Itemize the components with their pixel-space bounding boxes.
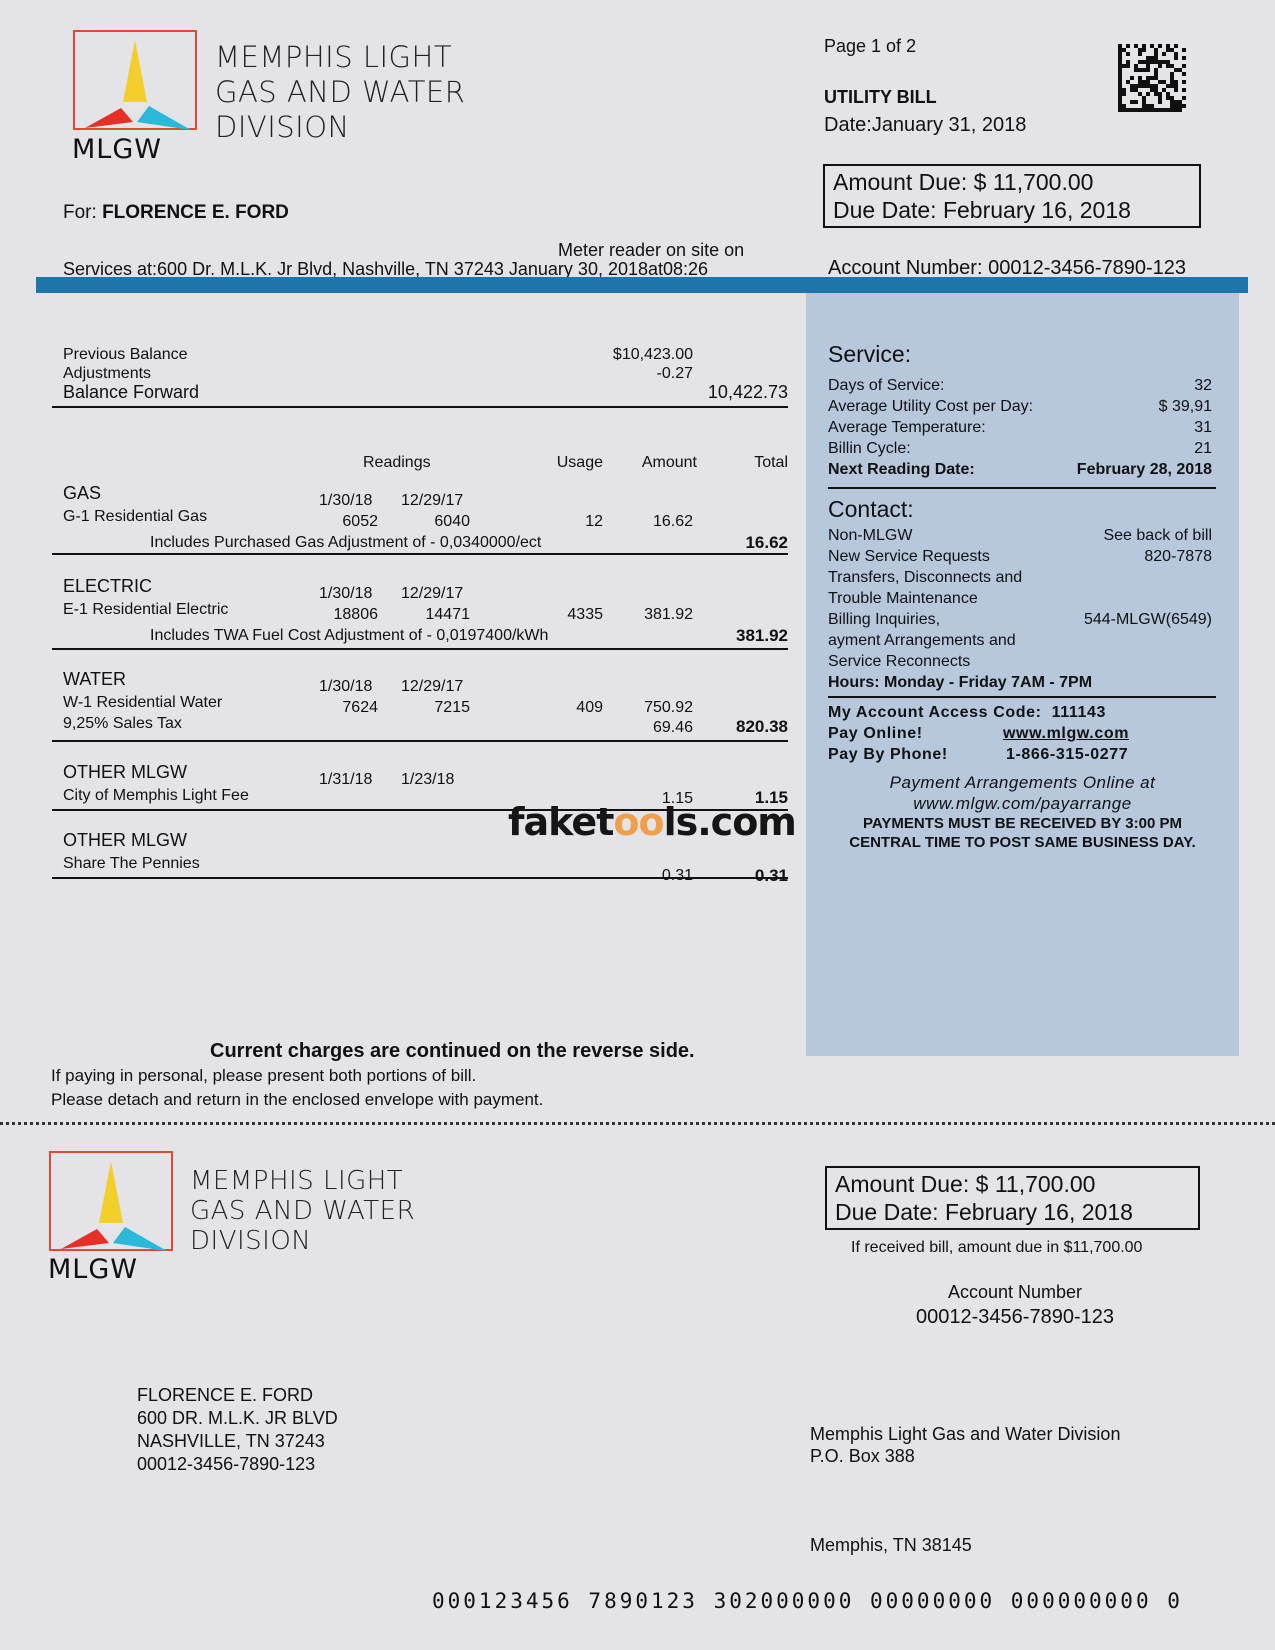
adjustments-label: Adjustments <box>63 364 151 383</box>
logo-triangle-icon <box>49 1151 173 1251</box>
contact-row: Service Reconnects <box>828 651 1212 672</box>
service-row-value: 31 <box>1194 417 1212 438</box>
customer-name: FLORENCE E. FORD <box>102 202 289 223</box>
logo-abbrev: MLGW <box>48 1254 138 1285</box>
charge-section-title: OTHER MLGW <box>63 762 187 783</box>
service-details: Days of Service:32 Average Utility Cost … <box>828 375 1212 485</box>
usage-value: 4335 <box>567 606 603 624</box>
service-row-label: Average Utility Cost per Day: <box>828 396 1033 417</box>
office-hours: Hours: Monday - Friday 7AM - 7PM <box>828 674 1092 692</box>
amount-due-label: Amount Due: $ <box>833 169 986 195</box>
service-contact-panel: Service: Days of Service:32 Average Util… <box>806 293 1239 1056</box>
divider <box>828 487 1216 489</box>
service-row-value: 21 <box>1194 438 1212 459</box>
account-number-value: 00012-3456-7890-123 <box>988 257 1186 279</box>
due-date-label: Due Date: <box>833 197 937 223</box>
customer-mailing-address: FLORENCE E. FORD 600 DR. M.L.K. JR BLVD … <box>137 1384 338 1476</box>
charge-section: ELECTRIC1/30/1812/29/17E-1 Residential E… <box>63 576 788 646</box>
service-row: Average Temperature:31 <box>828 417 1212 438</box>
tax-label: 9,25% Sales Tax <box>63 715 182 733</box>
contact-row-label: Non-MLGW <box>828 525 912 546</box>
next-reading-row: Next Reading Date:February 28, 2018 <box>828 459 1212 480</box>
contact-title: Contact: <box>828 496 914 523</box>
logo-abbrev: MLGW <box>72 134 162 165</box>
arrangements-url: www.mlgw.com/payarrange <box>806 793 1239 814</box>
datamatrix-barcode-icon <box>1118 44 1186 112</box>
section-total: 381.92 <box>736 626 788 646</box>
adjustments-value: -0.27 <box>657 364 693 383</box>
service-row: Days of Service:32 <box>828 375 1212 396</box>
instruction-line: If paying in personal, please present bo… <box>51 1064 543 1088</box>
remit-city: Memphis, TN 38145 <box>810 1535 972 1556</box>
adjustment-note: Includes TWA Fuel Cost Adjustment of - 0… <box>150 627 548 645</box>
address-line: FLORENCE E. FORD <box>137 1384 338 1407</box>
amount-value: 381.92 <box>644 606 693 624</box>
balance-forward-label: Balance Forward <box>63 383 199 402</box>
read-date-previous: 1/23/18 <box>401 771 454 789</box>
charge-section-title: OTHER MLGW <box>63 830 187 851</box>
divider <box>52 648 788 650</box>
service-row-value: 32 <box>1194 375 1212 396</box>
arrangements-line: Payment Arrangements Online at <box>806 772 1239 793</box>
company-name-line: MEMPHIS LIGHT <box>190 1166 415 1196</box>
watermark-text: ls.com <box>664 800 796 844</box>
contact-row-label: Service Reconnects <box>828 651 970 672</box>
service-name: City of Memphis Light Fee <box>63 787 249 805</box>
meter-reader-time: 08:26 <box>663 259 708 279</box>
usage-value: 12 <box>585 513 603 531</box>
payment-arrangements-note: Payment Arrangements Online at www.mlgw.… <box>806 772 1239 814</box>
service-title: Service: <box>828 341 911 368</box>
read-date-previous: 12/29/17 <box>401 492 463 510</box>
read-date-previous: 12/29/17 <box>401 585 463 603</box>
contact-row-label: ayment Arrangements and <box>828 630 1016 651</box>
service-name: G-1 Residential Gas <box>63 508 207 526</box>
service-name: E-1 Residential Electric <box>63 601 228 619</box>
meter-reader-label: Meter reader on site on <box>558 240 744 261</box>
reading-previous: 7215 <box>434 699 470 717</box>
amount-value: 750.92 <box>644 699 693 717</box>
contact-row-label: Trouble Maintenance <box>828 588 978 609</box>
due-date-value: February 16, 2018 <box>943 197 1131 223</box>
header-divider-bar <box>36 277 1248 293</box>
account-number-label: Account Number <box>860 1280 1170 1305</box>
usage-value: 409 <box>576 699 603 717</box>
service-row-label: Billin Cycle: <box>828 438 911 459</box>
read-date-current: 1/31/18 <box>319 771 372 789</box>
continued-note: Current charges are continued on the rev… <box>210 1040 695 1063</box>
bill-date: Date:January 31, 2018 <box>824 114 1026 137</box>
contact-row: New Service Requests820-7878 <box>828 546 1212 567</box>
contact-row: Transfers, Disconnects and <box>828 567 1212 588</box>
contact-row-label: New Service Requests <box>828 546 990 567</box>
next-reading-label: Next Reading Date: <box>828 459 975 480</box>
column-header-total: Total <box>754 454 788 472</box>
due-date-value: February 16, 2018 <box>945 1199 1133 1225</box>
address-line: Memphis Light Gas and Water Division <box>810 1423 1120 1445</box>
charge-section-title: GAS <box>63 483 101 504</box>
service-row: Average Utility Cost per Day:$ 39,91 <box>828 396 1212 417</box>
service-row-value: $ 39,91 <box>1159 396 1212 417</box>
company-name: MEMPHIS LIGHT GAS AND WATER DIVISION <box>215 40 465 145</box>
divider <box>52 406 788 408</box>
payment-deadline-note: PAYMENTS MUST BE RECEIVED BY 3:00 PM CEN… <box>806 814 1239 852</box>
watermark-text: oo <box>613 800 663 844</box>
contact-row: Non-MLGWSee back of bill <box>828 525 1212 546</box>
amount-due-value: 11,700.00 <box>995 1171 1096 1197</box>
balance-summary: Previous Balance $10,423.00 Adjustments … <box>63 345 788 405</box>
for-label: For: <box>63 202 97 223</box>
tax-amount: 69.46 <box>653 719 693 737</box>
pay-phone-value: 1-866-315-0277 <box>1006 746 1128 763</box>
watermark: faketools.com <box>508 800 796 844</box>
late-amount-note: If received bill, amount due in $11,700.… <box>851 1239 1142 1257</box>
previous-balance-value: $10,423.00 <box>613 345 693 364</box>
deadline-line: CENTRAL TIME TO POST SAME BUSINESS DAY. <box>806 833 1239 852</box>
pay-online-row: Pay Online!www.mlgw.com <box>828 723 1168 744</box>
address-line: NASHVILLE, TN 37243 <box>137 1430 338 1453</box>
meter-reader-at: at <box>648 259 663 279</box>
contact-row-value: See back of bill <box>1103 525 1212 546</box>
service-row-label: Average Temperature: <box>828 417 986 438</box>
reading-current: 7624 <box>342 699 378 717</box>
logo-triangle-icon <box>73 30 197 130</box>
services-label: Services at: <box>63 259 157 279</box>
column-header-amount: Amount <box>642 454 697 472</box>
access-code-label: My Account Access Code: <box>828 704 1042 721</box>
amount-due-label: Amount Due: $ <box>835 1171 988 1197</box>
access-code-row: My Account Access Code: 111143 <box>828 702 1168 723</box>
divider <box>52 740 788 742</box>
charge-section: WATER1/30/1812/29/17W-1 Residential Wate… <box>63 669 788 739</box>
contact-details: Non-MLGWSee back of bill New Service Req… <box>828 525 1212 675</box>
page-indicator: Page 1 of 2 <box>824 36 916 57</box>
bill-recipient: For: FLORENCE E. FORD <box>63 202 289 224</box>
address-line: 00012-3456-7890-123 <box>137 1453 338 1476</box>
read-date-current: 1/30/18 <box>319 585 372 603</box>
company-name-line: GAS AND WATER <box>190 1196 415 1226</box>
pay-phone-row: Pay By Phone!1-866-315-0277 <box>828 744 1168 765</box>
service-row: Billin Cycle:21 <box>828 438 1212 459</box>
charges-table-header: Readings Usage Amount Total <box>63 454 788 474</box>
contact-row-label: Billing Inquiries, <box>828 609 940 630</box>
reading-current: 6052 <box>342 513 378 531</box>
document-title: UTILITY BILL <box>824 87 937 108</box>
due-date-label: Due Date: <box>835 1199 939 1225</box>
read-date-current: 1/30/18 <box>319 492 372 510</box>
address-line: 600 DR. M.L.K. JR BLVD <box>137 1407 338 1430</box>
reading-previous: 14471 <box>426 606 471 624</box>
company-name: MEMPHIS LIGHT GAS AND WATER DIVISION <box>190 1166 415 1256</box>
read-date-current: 1/30/18 <box>319 678 372 696</box>
previous-balance-label: Previous Balance <box>63 345 188 364</box>
address-line: P.O. Box 388 <box>810 1445 1120 1467</box>
payment-instructions: If paying in personal, please present bo… <box>51 1064 543 1112</box>
company-name-line: MEMPHIS LIGHT <box>215 40 465 75</box>
amount-due-box: Amount Due: $ 11,700.00 Due Date: Februa… <box>823 164 1201 228</box>
detach-line <box>0 1122 1275 1125</box>
contact-row: Billing Inquiries,544-MLGW(6549) <box>828 609 1212 630</box>
service-address: 600 Dr. M.L.K. Jr Blvd, Nashville, TN 37… <box>157 259 504 279</box>
meter-reader-date: January 30, 2018 <box>509 259 648 279</box>
read-date-previous: 12/29/17 <box>401 678 463 696</box>
contact-row-value: 820-7878 <box>1144 546 1212 567</box>
bill-date-value: January 31, 2018 <box>872 114 1027 136</box>
charge-section-title: ELECTRIC <box>63 576 152 597</box>
contact-row: Trouble Maintenance <box>828 588 1212 609</box>
charge-section: GAS1/30/1812/29/17G-1 Residential Gas605… <box>63 483 788 553</box>
column-header-readings: Readings <box>363 454 431 472</box>
deadline-line: PAYMENTS MUST BE RECEIVED BY 3:00 PM <box>806 814 1239 833</box>
stub-account-number: Account Number 00012-3456-7890-123 <box>860 1280 1170 1330</box>
contact-row-label: Transfers, Disconnects and <box>828 567 1022 588</box>
contact-row-value: 544-MLGW(6549) <box>1084 609 1212 630</box>
instruction-line: Please detach and return in the enclosed… <box>51 1088 543 1112</box>
service-name: Share The Pennies <box>63 855 200 873</box>
bill-date-label: Date: <box>824 114 872 136</box>
company-name-line: DIVISION <box>190 1226 415 1256</box>
section-total: 0.31 <box>755 866 788 886</box>
divider <box>52 553 788 555</box>
section-total: 820.38 <box>736 717 788 737</box>
company-name-line: GAS AND WATER <box>215 75 465 110</box>
reading-current: 18806 <box>334 606 379 624</box>
pay-phone-label: Pay By Phone! <box>828 744 1006 765</box>
contact-row: ayment Arrangements and <box>828 630 1212 651</box>
pay-online-link[interactable]: www.mlgw.com <box>1003 725 1129 742</box>
payment-options: My Account Access Code: 111143 Pay Onlin… <box>828 702 1168 765</box>
watermark-text: faket <box>508 800 613 844</box>
column-header-usage: Usage <box>557 454 603 472</box>
charge-section-title: WATER <box>63 669 126 690</box>
section-total: 16.62 <box>745 533 788 553</box>
balance-forward-value: 10,422.73 <box>708 383 788 402</box>
adjustment-note: Includes Purchased Gas Adjustment of - 0… <box>150 534 541 552</box>
access-code-value: 111143 <box>1052 704 1106 721</box>
micr-line: 000123456 7890123 302000000 00000000 000… <box>432 1589 1183 1613</box>
amount-value: 0.31 <box>662 867 693 885</box>
stub-amount-due-box: Amount Due: $ 11,700.00 Due Date: Februa… <box>825 1166 1200 1230</box>
divider <box>828 696 1216 698</box>
company-name-line: DIVISION <box>215 110 465 145</box>
account-number-value: 00012-3456-7890-123 <box>860 1305 1170 1330</box>
service-name: W-1 Residential Water <box>63 694 222 712</box>
amount-value: 16.62 <box>653 513 693 531</box>
divider <box>52 877 788 879</box>
amount-due-value: 11,700.00 <box>993 169 1094 195</box>
reading-previous: 6040 <box>434 513 470 531</box>
pay-online-label: Pay Online! <box>828 723 1003 744</box>
remit-address: Memphis Light Gas and Water Division P.O… <box>810 1423 1120 1467</box>
service-row-label: Days of Service: <box>828 375 944 396</box>
account-number-label: Account Number: <box>828 257 983 279</box>
next-reading-value: February 28, 2018 <box>1077 459 1212 480</box>
